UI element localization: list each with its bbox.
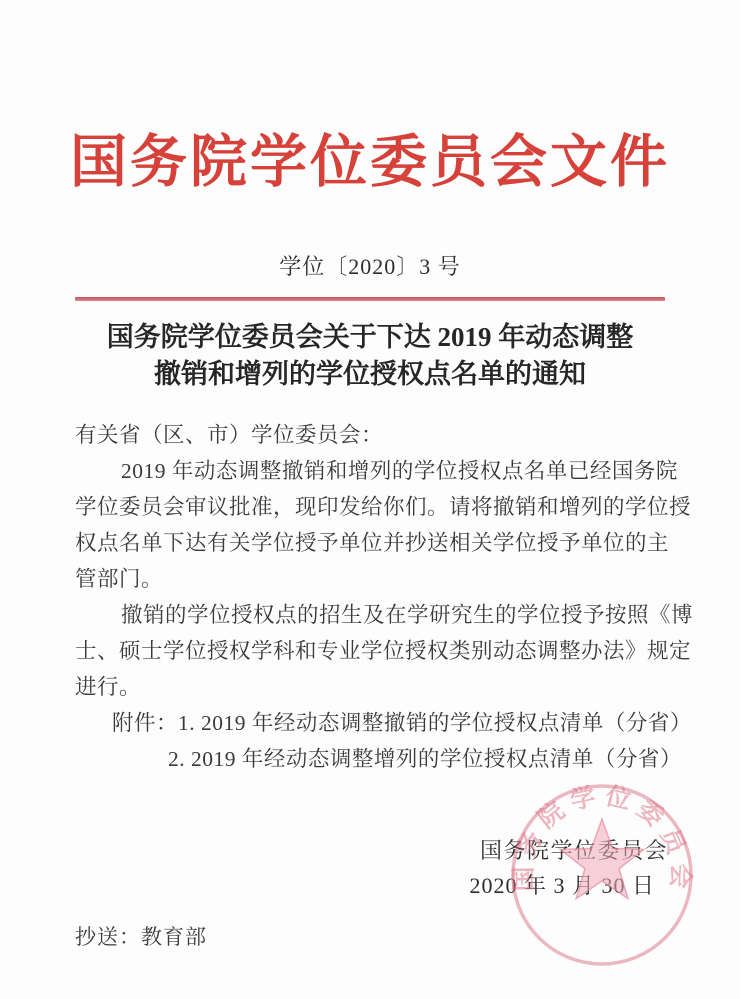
- signature-date: 2020 年 3 月 30 日: [0, 869, 655, 900]
- red-divider-line: [75, 297, 665, 301]
- paragraph-1-line: 2019 年动态调整撤销和增列的学位授权点名单已经国务院: [75, 453, 672, 489]
- attachment-item-2: 2. 2019 年经动态调整增列的学位授权点清单（分省）: [75, 741, 672, 777]
- document-page: 国务院学位委员会文件 学位〔2020〕3 号 国务院学位委员会关于下达 2019…: [0, 0, 740, 999]
- attachment-item-1: 附件：1. 2019 年经动态调整撤销的学位授权点清单（分省）: [75, 705, 672, 741]
- document-title: 国务院学位委员会关于下达 2019 年动态调整 撤销和增列的学位授权点名单的通知: [0, 319, 740, 393]
- salutation: 有关省（区、市）学位委员会：: [75, 417, 672, 453]
- document-title-line2: 撤销和增列的学位授权点名单的通知: [0, 356, 740, 393]
- signature-organization: 国务院学位委员会: [0, 834, 668, 865]
- document-body: 有关省（区、市）学位委员会： 2019 年动态调整撤销和增列的学位授权点名单已经…: [75, 417, 672, 777]
- paragraph-2-line: 进行。: [75, 669, 672, 705]
- document-title-line1: 国务院学位委员会关于下达 2019 年动态调整: [0, 319, 740, 356]
- document-number: 学位〔2020〕3 号: [0, 250, 740, 281]
- paragraph-2-line: 撤销的学位授权点的招生及在学研究生的学位授予按照《博: [75, 597, 672, 633]
- paragraph-1-line: 学位委员会审议批准，现印发给你们。请将撤销和增列的学位授: [75, 489, 672, 525]
- paragraph-1-line: 权点名单下达有关学位授予单位并抄送相关学位授予单位的主: [75, 525, 672, 561]
- paragraph-1-line: 管部门。: [75, 561, 672, 597]
- letterhead-title: 国务院学位委员会文件: [0, 122, 740, 204]
- letterhead: 国务院学位委员会文件: [0, 0, 740, 204]
- cc-line: 抄送：教育部: [75, 921, 207, 951]
- paragraph-2-line: 士、硕士学位授权学科和专业学位授权类别动态调整办法》规定: [75, 633, 672, 669]
